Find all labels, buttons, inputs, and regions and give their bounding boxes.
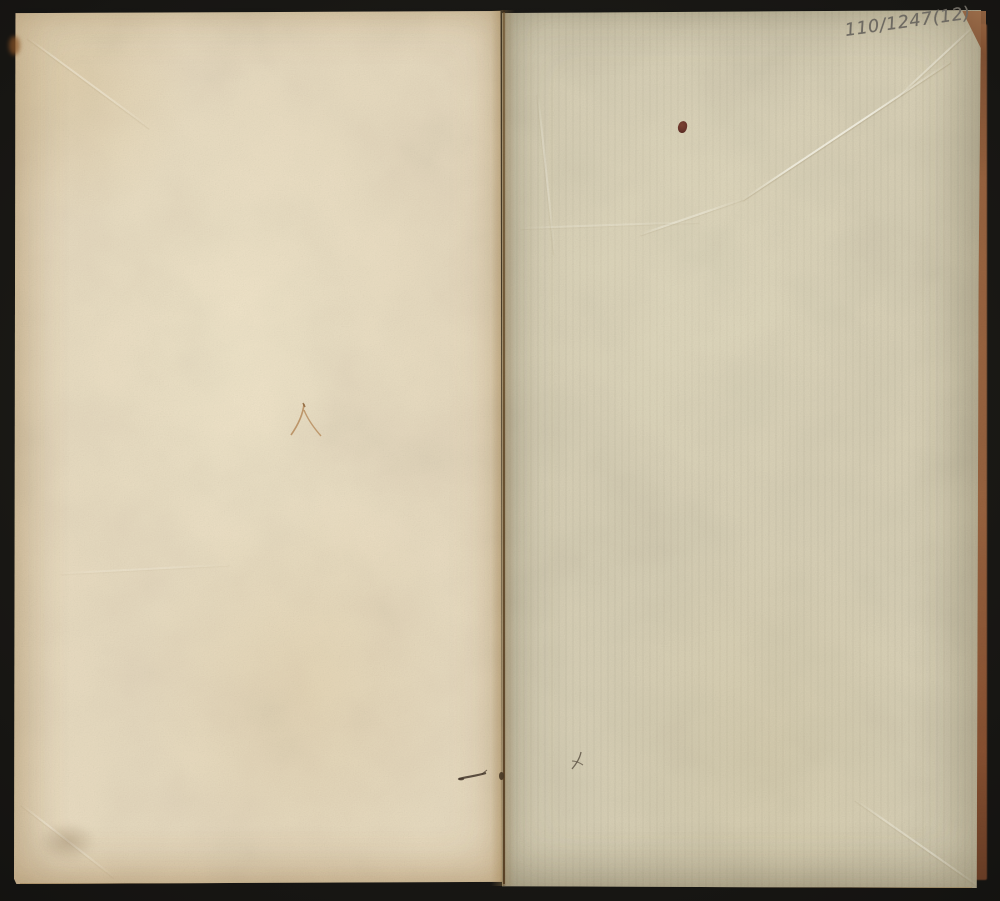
- book-scan: 110/1247(12): [0, 0, 1000, 901]
- right-blank-page: [502, 10, 982, 888]
- left-blank-page: [14, 11, 502, 884]
